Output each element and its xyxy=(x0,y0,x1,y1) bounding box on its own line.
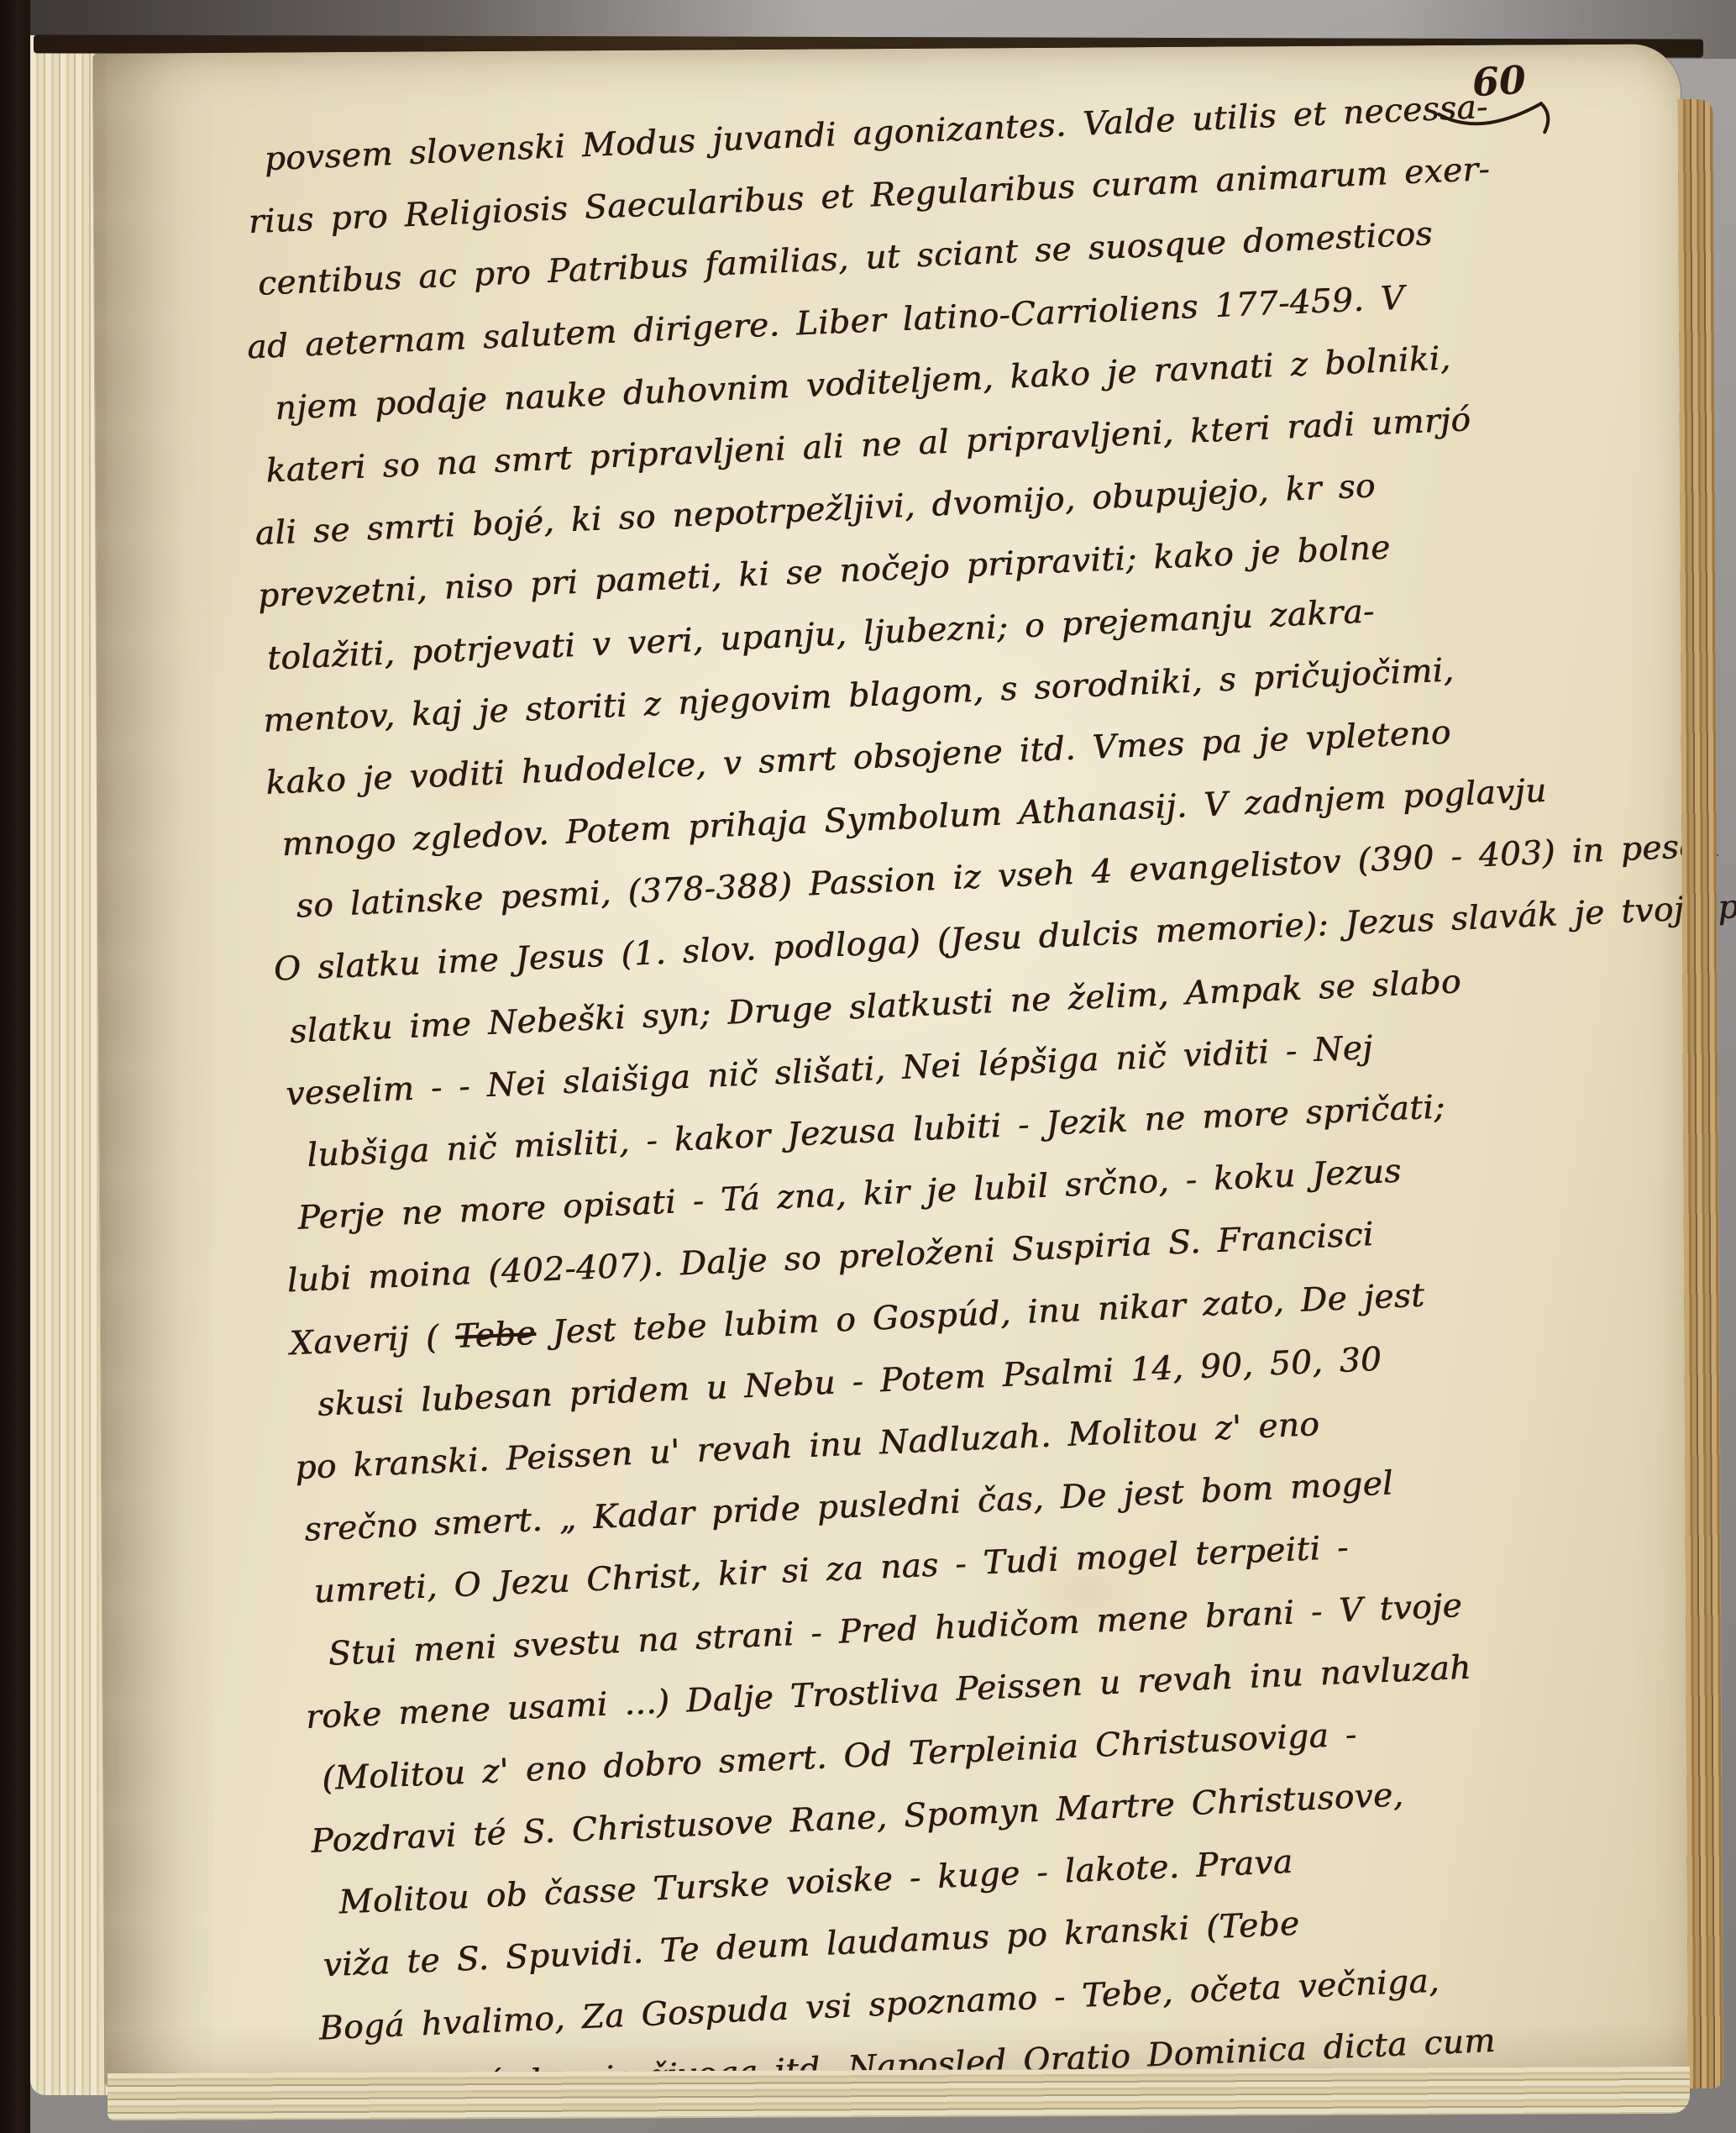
manuscript-text: povsem slovenski Modus juvandi agonizant… xyxy=(238,65,1736,2122)
manuscript-page: 60 povsem slovenski Modus juvandi agoniz… xyxy=(93,44,1693,2087)
bottom-page-stack-edge xyxy=(108,2067,1690,2120)
book-cover-edge xyxy=(0,0,30,2133)
photo-of-manuscript: 60 povsem slovenski Modus juvandi agoniz… xyxy=(0,0,1736,2133)
